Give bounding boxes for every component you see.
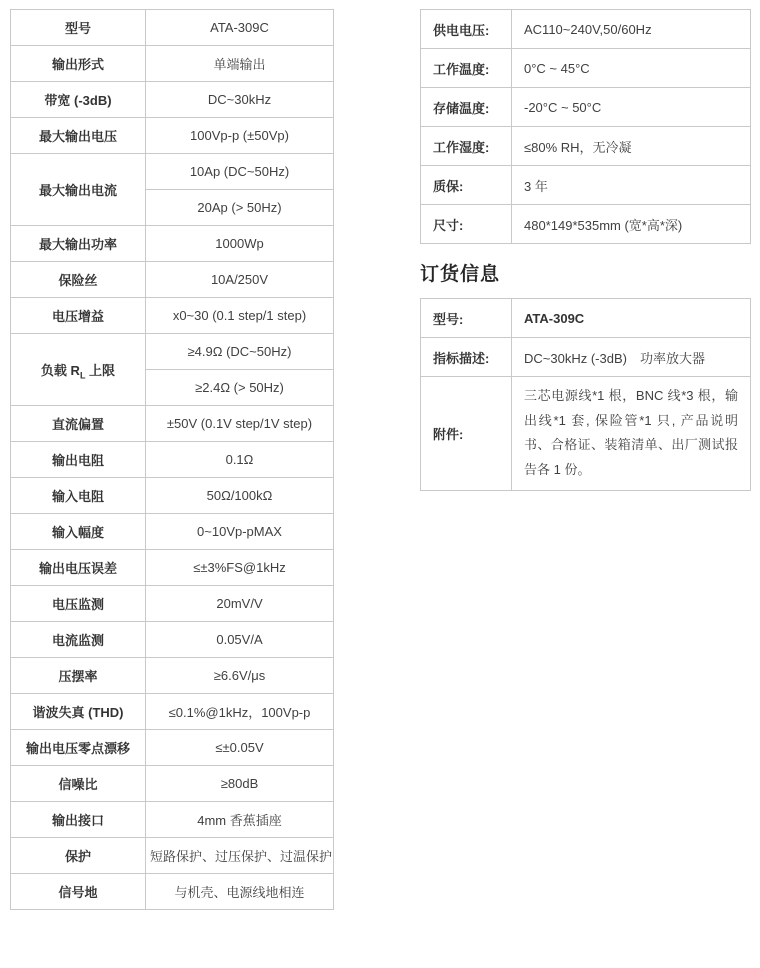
row-label: 输入电阻 [11, 478, 146, 514]
row-label: 型号 [11, 10, 146, 46]
row-label: 供电电压: [421, 10, 512, 49]
env-info-table-body: 供电电压:AC110~240V,50/60Hz工作温度:0°C ~ 45°C存储… [421, 10, 751, 244]
row-label: 质保: [421, 166, 512, 205]
row-value: 20mV/V [146, 586, 334, 622]
table-row: 型号ATA-309C [11, 10, 334, 46]
row-value: -20°C ~ 50°C [512, 88, 751, 127]
row-value: 0~10Vp-pMAX [146, 514, 334, 550]
row-label: 指标描述: [421, 338, 512, 377]
row-value: 20Ap (> 50Hz) [146, 190, 334, 226]
row-value: ≥6.6V/μs [146, 658, 334, 694]
table-row: 信噪比≥80dB [11, 766, 334, 802]
row-value: 3 年 [512, 166, 751, 205]
table-row: 尺寸:480*149*535mm (宽*高*深) [421, 205, 751, 244]
row-label: 输出电阻 [11, 442, 146, 478]
table-row: 输入电阻50Ω/100kΩ [11, 478, 334, 514]
row-value: 三芯电源线*1 根，BNC 线*3 根，输出线*1 套, 保险管*1 只, 产品… [512, 377, 751, 491]
row-label: 最大输出电压 [11, 118, 146, 154]
row-value: ≤80% RH，无冷凝 [512, 127, 751, 166]
row-label: 存储温度: [421, 88, 512, 127]
table-row: 输出形式单端输出 [11, 46, 334, 82]
table-row: 输出电阻0.1Ω [11, 442, 334, 478]
order-info-heading: 订货信息 [420, 259, 751, 286]
table-row: 供电电压:AC110~240V,50/60Hz [421, 10, 751, 49]
row-value: ≥2.4Ω (> 50Hz) [146, 370, 334, 406]
row-label: 电压监测 [11, 586, 146, 622]
row-label: 输出电压零点漂移 [11, 730, 146, 766]
row-value: 480*149*535mm (宽*高*深) [512, 205, 751, 244]
row-value: 4mm 香蕉插座 [146, 802, 334, 838]
row-label: 直流偏置 [11, 406, 146, 442]
row-value: 10Ap (DC~50Hz) [146, 154, 334, 190]
table-row: 输出电压零点漂移≤±0.05V [11, 730, 334, 766]
row-label: 压摆率 [11, 658, 146, 694]
row-value: 100Vp-p (±50Vp) [146, 118, 334, 154]
table-row: 输出接口4mm 香蕉插座 [11, 802, 334, 838]
table-row: 质保:3 年 [421, 166, 751, 205]
table-row: 工作湿度:≤80% RH，无冷凝 [421, 127, 751, 166]
row-value: 10A/250V [146, 262, 334, 298]
row-label: 信号地 [11, 874, 146, 910]
row-label: 保险丝 [11, 262, 146, 298]
row-value: ±50V (0.1V step/1V step) [146, 406, 334, 442]
row-label: 输入幅度 [11, 514, 146, 550]
table-row: 工作温度:0°C ~ 45°C [421, 49, 751, 88]
row-value: 与机壳、电源线地相连 [146, 874, 334, 910]
row-value: 1000Wp [146, 226, 334, 262]
table-row: 最大输出电流10Ap (DC~50Hz) [11, 154, 334, 190]
row-value: x0~30 (0.1 step/1 step) [146, 298, 334, 334]
row-value: ≤±3%FS@1kHz [146, 550, 334, 586]
table-row: 存储温度:-20°C ~ 50°C [421, 88, 751, 127]
row-value: 0.05V/A [146, 622, 334, 658]
row-value: 0°C ~ 45°C [512, 49, 751, 88]
row-label: 附件: [421, 377, 512, 491]
row-label: 信噪比 [11, 766, 146, 802]
order-info-table-body: 型号:ATA-309C指标描述:DC~30kHz (-3dB) 功率放大器附件:… [421, 299, 751, 491]
table-row: 谐波失真 (THD)≤0.1%@1kHz，100Vp-p [11, 694, 334, 730]
table-row: 输出电压误差≤±3%FS@1kHz [11, 550, 334, 586]
row-label: 最大输出电流 [11, 154, 146, 226]
table-row: 输入幅度0~10Vp-pMAX [11, 514, 334, 550]
row-label: 型号: [421, 299, 512, 338]
table-row: 最大输出电压100Vp-p (±50Vp) [11, 118, 334, 154]
table-row: 电流监测0.05V/A [11, 622, 334, 658]
row-label: 输出接口 [11, 802, 146, 838]
row-label: 输出形式 [11, 46, 146, 82]
table-row: 指标描述:DC~30kHz (-3dB) 功率放大器 [421, 338, 751, 377]
row-label: 负载 RL 上限 [11, 334, 146, 406]
table-row: 电压监测20mV/V [11, 586, 334, 622]
table-row: 信号地与机壳、电源线地相连 [11, 874, 334, 910]
table-row: 型号:ATA-309C [421, 299, 751, 338]
table-row: 直流偏置±50V (0.1V step/1V step) [11, 406, 334, 442]
row-label: 工作温度: [421, 49, 512, 88]
spec-sheet-page: 型号ATA-309C输出形式单端输出带宽 (-3dB)DC~30kHz最大输出电… [0, 0, 760, 968]
table-row: 附件:三芯电源线*1 根，BNC 线*3 根，输出线*1 套, 保险管*1 只,… [421, 377, 751, 491]
row-value: 短路保护、过压保护、过温保护 [146, 838, 334, 874]
row-value: ATA-309C [512, 299, 751, 338]
row-label: 工作湿度: [421, 127, 512, 166]
env-info-table: 供电电压:AC110~240V,50/60Hz工作温度:0°C ~ 45°C存储… [420, 9, 751, 244]
row-value: DC~30kHz [146, 82, 334, 118]
row-label: 谐波失真 (THD) [11, 694, 146, 730]
row-value: DC~30kHz (-3dB) 功率放大器 [512, 338, 751, 377]
spec-table-body: 型号ATA-309C输出形式单端输出带宽 (-3dB)DC~30kHz最大输出电… [11, 10, 334, 910]
row-label: 最大输出功率 [11, 226, 146, 262]
row-label: 电压增益 [11, 298, 146, 334]
row-value: 50Ω/100kΩ [146, 478, 334, 514]
row-label: 输出电压误差 [11, 550, 146, 586]
table-row: 保险丝10A/250V [11, 262, 334, 298]
spec-table: 型号ATA-309C输出形式单端输出带宽 (-3dB)DC~30kHz最大输出电… [10, 9, 334, 910]
table-row: 负载 RL 上限≥4.9Ω (DC~50Hz) [11, 334, 334, 370]
right-column: 供电电压:AC110~240V,50/60Hz工作温度:0°C ~ 45°C存储… [420, 9, 751, 491]
row-label: 尺寸: [421, 205, 512, 244]
order-info-table: 型号:ATA-309C指标描述:DC~30kHz (-3dB) 功率放大器附件:… [420, 298, 751, 491]
row-value: ≥80dB [146, 766, 334, 802]
table-row: 带宽 (-3dB)DC~30kHz [11, 82, 334, 118]
table-row: 电压增益x0~30 (0.1 step/1 step) [11, 298, 334, 334]
row-value: AC110~240V,50/60Hz [512, 10, 751, 49]
row-value: 单端输出 [146, 46, 334, 82]
table-row: 保护短路保护、过压保护、过温保护 [11, 838, 334, 874]
table-row: 压摆率≥6.6V/μs [11, 658, 334, 694]
row-value: ATA-309C [146, 10, 334, 46]
row-value: 0.1Ω [146, 442, 334, 478]
row-value: ≤±0.05V [146, 730, 334, 766]
row-label: 保护 [11, 838, 146, 874]
row-label: 带宽 (-3dB) [11, 82, 146, 118]
row-label: 电流监测 [11, 622, 146, 658]
row-value: ≥4.9Ω (DC~50Hz) [146, 334, 334, 370]
row-value: ≤0.1%@1kHz，100Vp-p [146, 694, 334, 730]
table-row: 最大输出功率1000Wp [11, 226, 334, 262]
